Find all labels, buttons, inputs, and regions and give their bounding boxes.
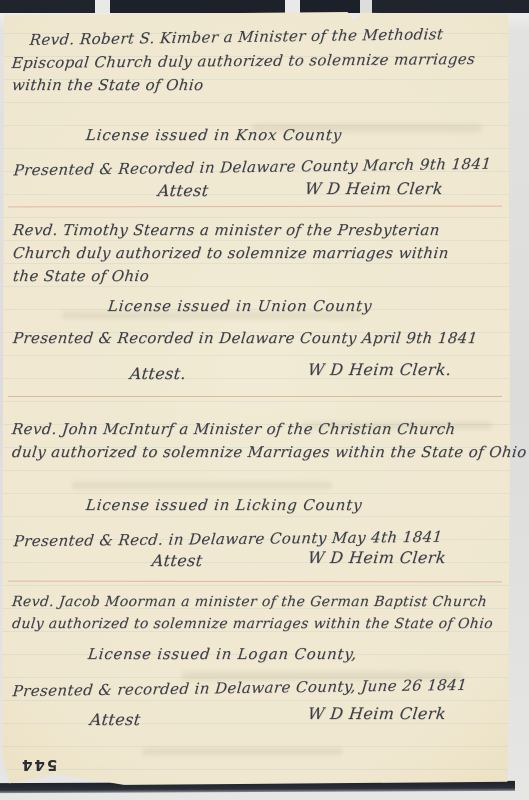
- entry-statement-line: Church duly authorized to solemnize marr…: [12, 244, 450, 262]
- section-divider-rule: [8, 396, 502, 397]
- folio-page-number: 544: [20, 756, 57, 774]
- scanned-ledger-page: { "document": { "type": "Handwritten cou…: [0, 0, 529, 800]
- book-binding-edge-top: [0, 0, 529, 13]
- presented-recorded-line: Presented & Recorded in Delaware County …: [12, 329, 479, 347]
- attest-label: Attest: [157, 181, 210, 200]
- clerk-signature: W D Heim Clerk: [307, 704, 447, 723]
- attest-label: Attest.: [129, 364, 187, 383]
- clerk-signature: W D Heim Clerk: [304, 179, 444, 198]
- license-issued-line: License issued in Knox County: [85, 126, 343, 144]
- entry-statement-line: Revd. Jacob Moorman a minister of the Ge…: [11, 594, 488, 610]
- license-issued-line: License issued in Union County: [107, 297, 373, 315]
- attest-label: Attest: [89, 710, 142, 729]
- entry-statement-line: the State of Ohio: [12, 267, 150, 285]
- attest-label: Attest: [151, 551, 204, 570]
- ink-bleed-through: [142, 748, 342, 755]
- clerk-signature: W D Heim Clerk.: [307, 360, 452, 379]
- entry-statement-line: within the State of Ohio: [11, 76, 204, 94]
- entry-statement-line: duly authorized to solemnize Marriages w…: [11, 443, 528, 461]
- ink-bleed-through: [72, 482, 332, 489]
- license-issued-line: License issued in Licking County: [85, 496, 363, 514]
- clerk-signature: W D Heim Clerk: [307, 548, 447, 567]
- entry-statement-line: Revd. Timothy Stearns a minister of the …: [12, 221, 441, 239]
- license-issued-line: License issued in Logan County,: [87, 645, 358, 663]
- entry-statement-line: Revd. John McInturf a Minister of the Ch…: [11, 420, 457, 438]
- entry-statement-line: duly authorized to solemnize marriages w…: [11, 616, 494, 632]
